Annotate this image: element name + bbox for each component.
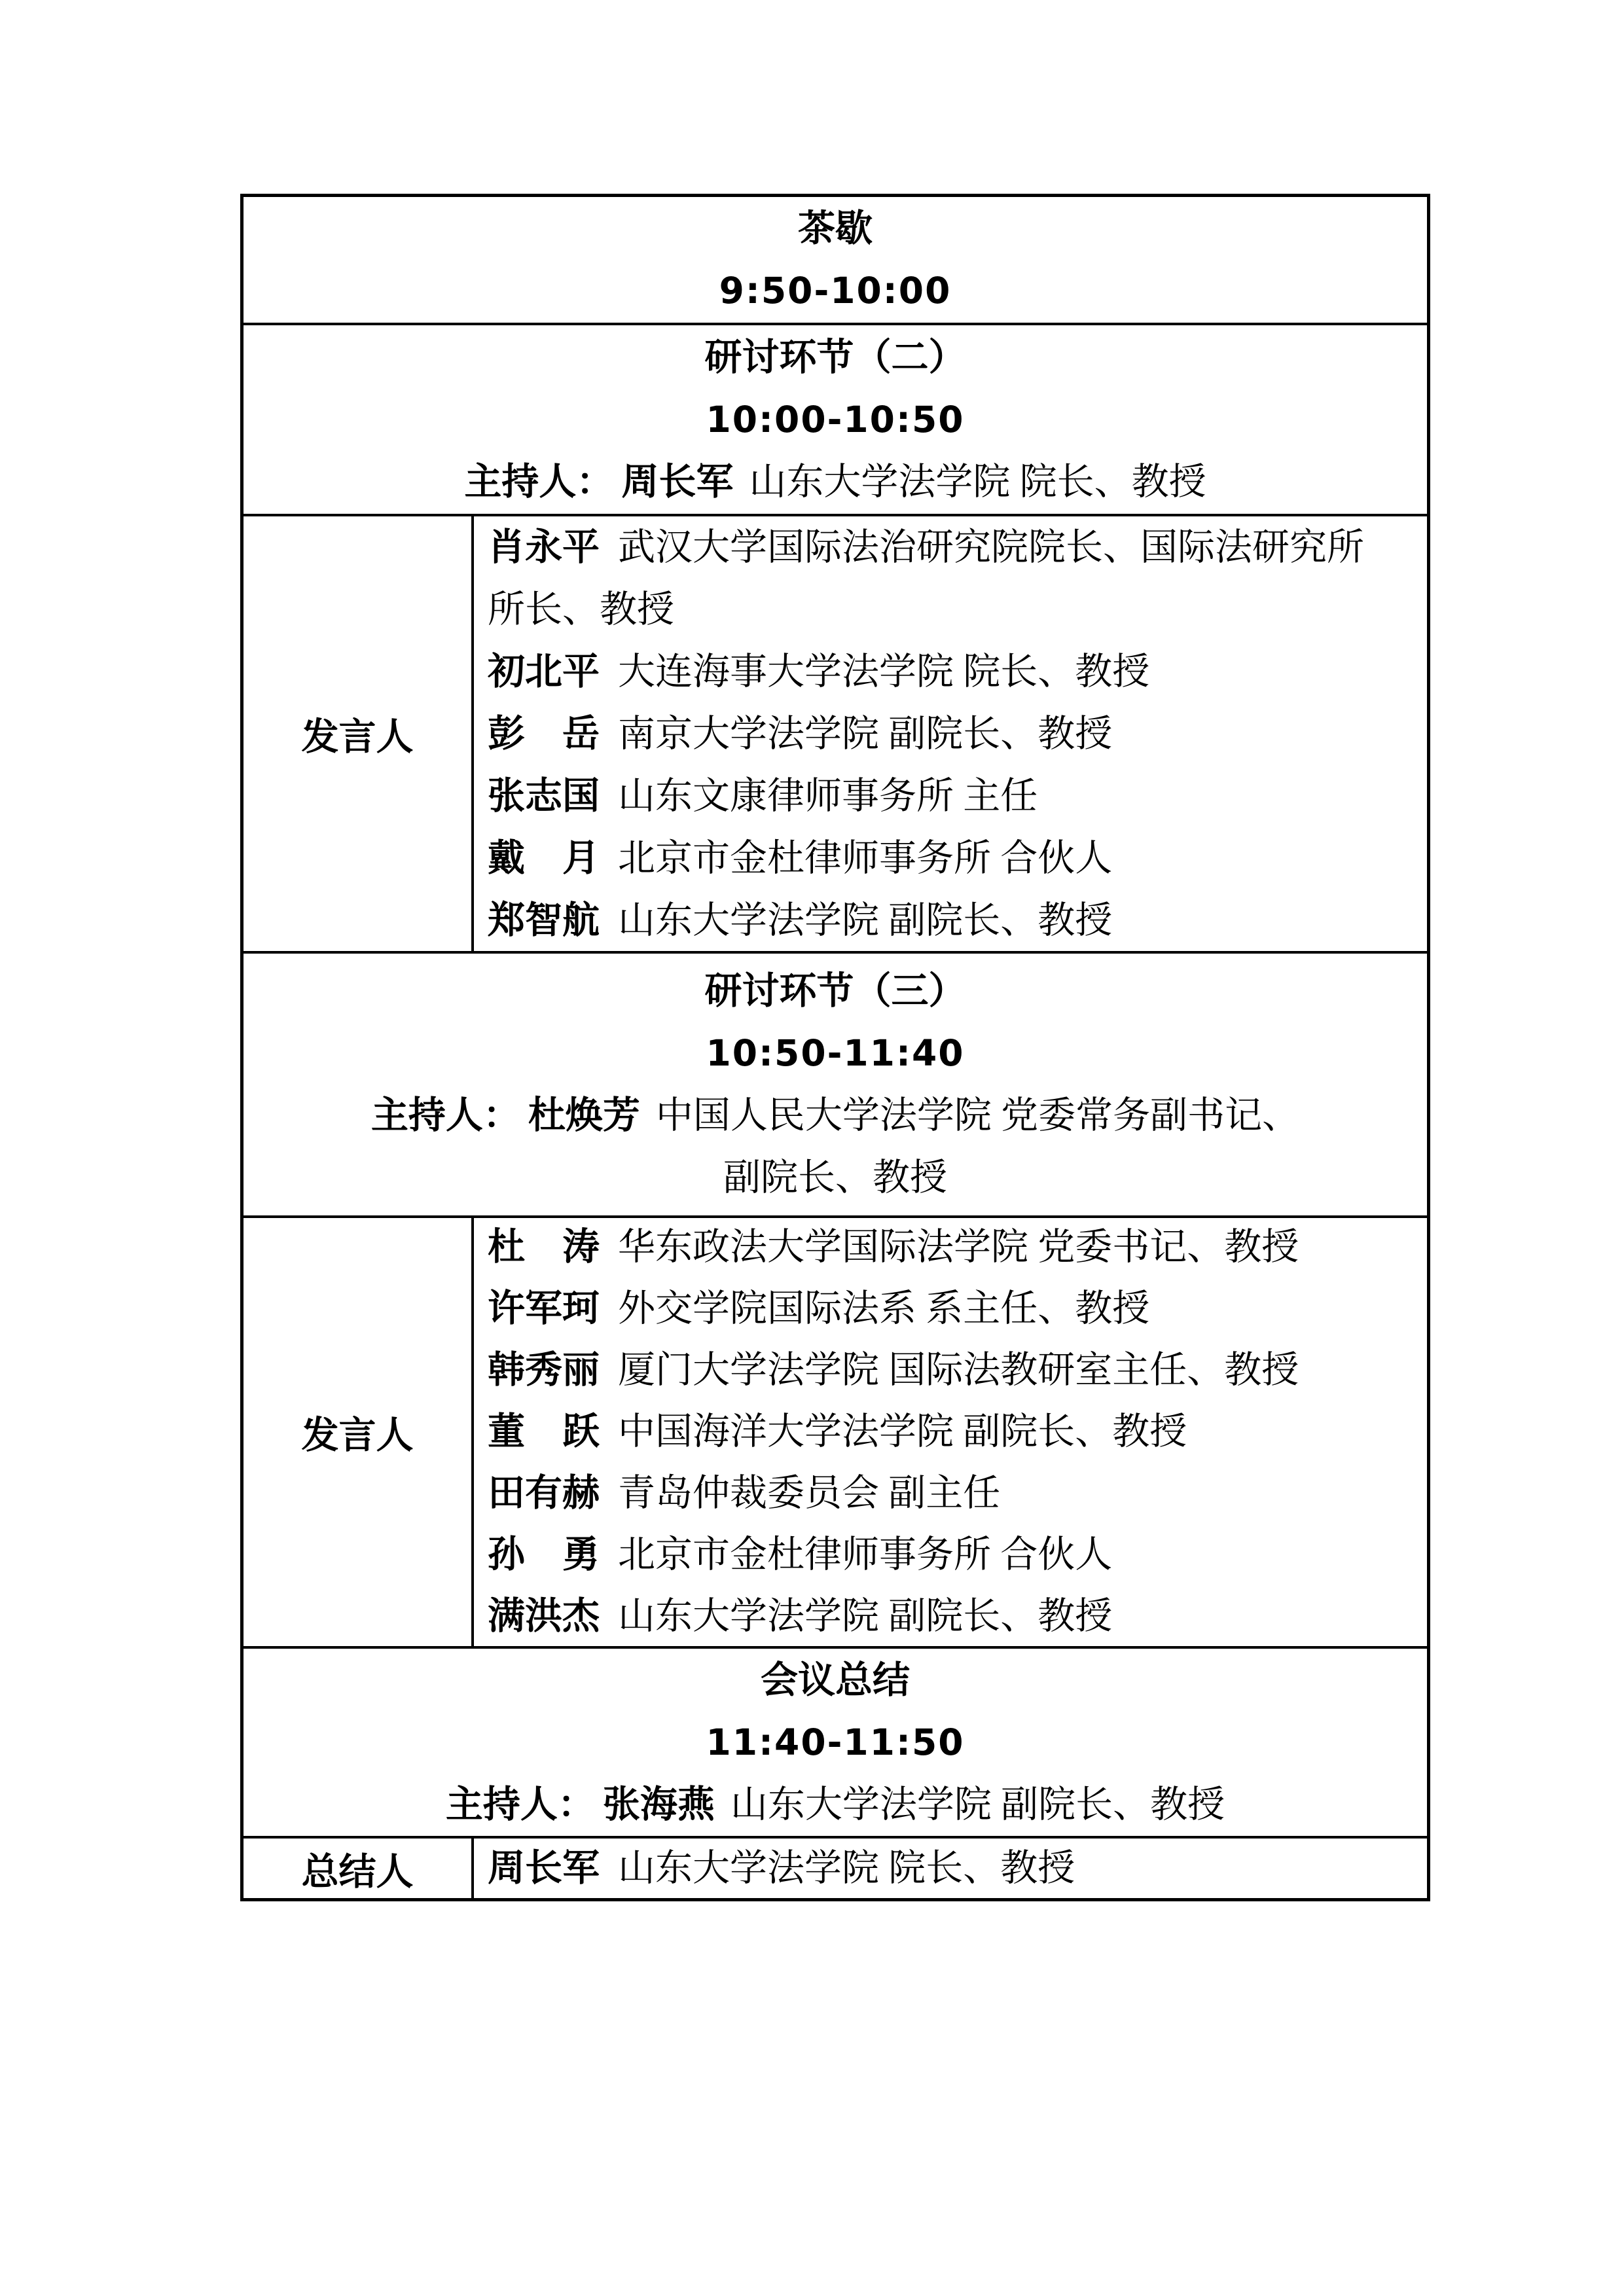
row-session3-speakers: 发言人 杜 涛华东政法大学国际法学院 党委书记、教授 许军珂外交学院国际法系 系… bbox=[244, 1215, 1427, 1646]
speaker-list: 肖永平武汉大学国际法治研究院院长、国际法研究所 所长、教授 初北平大连海事大学法… bbox=[474, 516, 1427, 951]
speaker-name: 初北平 bbox=[488, 651, 600, 692]
summary-time: 11:40-11:50 bbox=[244, 1712, 1427, 1774]
summary-moderator-line: 主持人：张海燕山东大学法学院 副院长、教授 bbox=[244, 1774, 1427, 1836]
speaker-role-label: 发言人 bbox=[302, 707, 414, 761]
speaker-line: 初北平大连海事大学法学院 院长、教授 bbox=[488, 641, 1427, 703]
speaker-line: 孙 勇北京市金杜律师事务所 合伙人 bbox=[488, 1524, 1427, 1586]
speaker-name: 满洪杰 bbox=[488, 1596, 600, 1637]
speaker-line: 郑智航山东大学法学院 副院长、教授 bbox=[488, 889, 1427, 952]
moderator-label: 主持人： bbox=[464, 461, 613, 503]
summarizer-role-cell: 总结人 bbox=[244, 1839, 474, 1898]
speaker-name: 董 跃 bbox=[488, 1411, 600, 1452]
speaker-affiliation: 外交学院国际法系 系主任、教授 bbox=[618, 1288, 1149, 1329]
speaker-line: 张志国山东文康律师事务所 主任 bbox=[488, 765, 1427, 827]
speaker-affiliation: 南京大学法学院 副院长、教授 bbox=[618, 713, 1112, 755]
speaker-line: 周长军山东大学法学院 院长、教授 bbox=[488, 1837, 1427, 1898]
speaker-name: 郑智航 bbox=[488, 900, 600, 941]
speaker-line: 许军珂外交学院国际法系 系主任、教授 bbox=[488, 1278, 1427, 1340]
row-session3-header: 研讨环节（三） 10:50-11:40 主持人：杜焕芳中国人民大学法学院 党委常… bbox=[244, 951, 1427, 1215]
session2-time: 10:00-10:50 bbox=[244, 389, 1427, 451]
session3-title: 研讨环节（三） bbox=[244, 960, 1427, 1022]
speaker-affiliation: 厦门大学法学院 国际法教研室主任、教授 bbox=[618, 1350, 1299, 1391]
speaker-line: 彭 岳南京大学法学院 副院长、教授 bbox=[488, 703, 1427, 765]
speaker-name: 许军珂 bbox=[488, 1288, 600, 1329]
speaker-line: 戴 月北京市金杜律师事务所 合伙人 bbox=[488, 827, 1427, 889]
speaker-name: 彭 岳 bbox=[488, 713, 600, 755]
speaker-line-continuation: 所长、教授 bbox=[488, 579, 1427, 641]
speaker-affiliation: 北京市金杜律师事务所 合伙人 bbox=[618, 838, 1112, 879]
speaker-affiliation: 北京市金杜律师事务所 合伙人 bbox=[618, 1534, 1112, 1575]
session3-moderator-line2: 副院长、教授 bbox=[244, 1147, 1427, 1209]
speaker-affiliation: 山东大学法学院 副院长、教授 bbox=[618, 900, 1112, 941]
session2-moderator-line: 主持人：周长军山东大学法学院 院长、教授 bbox=[244, 451, 1427, 513]
speaker-name: 杜 涛 bbox=[488, 1227, 600, 1268]
session3-time: 10:50-11:40 bbox=[244, 1022, 1427, 1085]
moderator-name: 张海燕 bbox=[603, 1784, 715, 1825]
speaker-affiliation: 山东大学法学院 副院长、教授 bbox=[618, 1596, 1112, 1637]
speaker-line: 韩秀丽厦门大学法学院 国际法教研室主任、教授 bbox=[488, 1340, 1427, 1401]
speaker-affiliation: 武汉大学国际法治研究院院长、国际法研究所 bbox=[618, 527, 1364, 568]
tea-break-time: 9:50-10:00 bbox=[244, 260, 1427, 322]
speaker-affiliation: 山东文康律师事务所 主任 bbox=[618, 776, 1038, 817]
speaker-list: 杜 涛华东政法大学国际法学院 党委书记、教授 许军珂外交学院国际法系 系主任、教… bbox=[474, 1218, 1427, 1646]
session3-moderator-line: 主持人：杜焕芳中国人民大学法学院 党委常务副书记、 bbox=[244, 1085, 1427, 1147]
speaker-line: 杜 涛华东政法大学国际法学院 党委书记、教授 bbox=[488, 1217, 1427, 1278]
row-tea-break: 茶歇 9:50-10:00 bbox=[244, 197, 1427, 323]
agenda-table: 茶歇 9:50-10:00 研讨环节（二） 10:00-10:50 主持人：周长… bbox=[240, 194, 1430, 1901]
speaker-role-cell: 发言人 bbox=[244, 1218, 474, 1646]
speaker-affiliation: 大连海事大学法学院 院长、教授 bbox=[618, 651, 1149, 692]
document-page: 茶歇 9:50-10:00 研讨环节（二） 10:00-10:50 主持人：周长… bbox=[0, 0, 1624, 2296]
speaker-name: 田有赫 bbox=[488, 1473, 600, 1514]
speaker-name: 张志国 bbox=[488, 776, 600, 817]
row-summarizer: 总结人 周长军山东大学法学院 院长、教授 bbox=[244, 1836, 1427, 1898]
summarizer-role-label: 总结人 bbox=[302, 1842, 414, 1895]
row-session2-header: 研讨环节（二） 10:00-10:50 主持人：周长军山东大学法学院 院长、教授 bbox=[244, 323, 1427, 514]
speaker-affiliation: 青岛仲裁委员会 副主任 bbox=[618, 1473, 1000, 1514]
speaker-role-cell: 发言人 bbox=[244, 516, 474, 951]
speaker-line: 田有赫青岛仲裁委员会 副主任 bbox=[488, 1463, 1427, 1524]
summary-title: 会议总结 bbox=[244, 1649, 1427, 1712]
moderator-label: 主持人： bbox=[446, 1784, 595, 1825]
moderator-affiliation: 山东大学法学院 副院长、教授 bbox=[731, 1784, 1225, 1825]
speaker-affiliation: 中国海洋大学法学院 副院长、教授 bbox=[618, 1411, 1187, 1452]
moderator-affiliation: 山东大学法学院 院长、教授 bbox=[749, 461, 1206, 503]
moderator-label: 主持人： bbox=[371, 1095, 520, 1136]
speaker-name: 戴 月 bbox=[488, 838, 600, 879]
summarizer-cell: 周长军山东大学法学院 院长、教授 bbox=[474, 1839, 1427, 1898]
moderator-affiliation-continued: 副院长、教授 bbox=[723, 1157, 947, 1198]
row-session2-speakers: 发言人 肖永平武汉大学国际法治研究院院长、国际法研究所 所长、教授 初北平大连海… bbox=[244, 514, 1427, 951]
speaker-name: 孙 勇 bbox=[488, 1534, 600, 1575]
speaker-name: 韩秀丽 bbox=[488, 1350, 600, 1391]
speaker-role-label: 发言人 bbox=[302, 1405, 414, 1459]
speaker-line: 董 跃中国海洋大学法学院 副院长、教授 bbox=[488, 1401, 1427, 1463]
moderator-name: 周长军 bbox=[621, 461, 733, 503]
moderator-name: 杜焕芳 bbox=[528, 1095, 640, 1136]
session2-title: 研讨环节（二） bbox=[244, 327, 1427, 389]
speaker-name: 周长军 bbox=[488, 1848, 600, 1889]
tea-break-title: 茶歇 bbox=[244, 198, 1427, 260]
speaker-name: 肖永平 bbox=[488, 527, 600, 568]
speaker-affiliation: 所长、教授 bbox=[488, 589, 674, 630]
speaker-line: 肖永平武汉大学国际法治研究院院长、国际法研究所 bbox=[488, 516, 1427, 579]
speaker-affiliation: 华东政法大学国际法学院 党委书记、教授 bbox=[618, 1227, 1299, 1268]
speaker-line: 满洪杰山东大学法学院 副院长、教授 bbox=[488, 1586, 1427, 1646]
speaker-affiliation: 山东大学法学院 院长、教授 bbox=[618, 1848, 1075, 1889]
row-summary-header: 会议总结 11:40-11:50 主持人：张海燕山东大学法学院 副院长、教授 bbox=[244, 1646, 1427, 1836]
moderator-affiliation: 中国人民大学法学院 党委常务副书记、 bbox=[656, 1095, 1299, 1136]
